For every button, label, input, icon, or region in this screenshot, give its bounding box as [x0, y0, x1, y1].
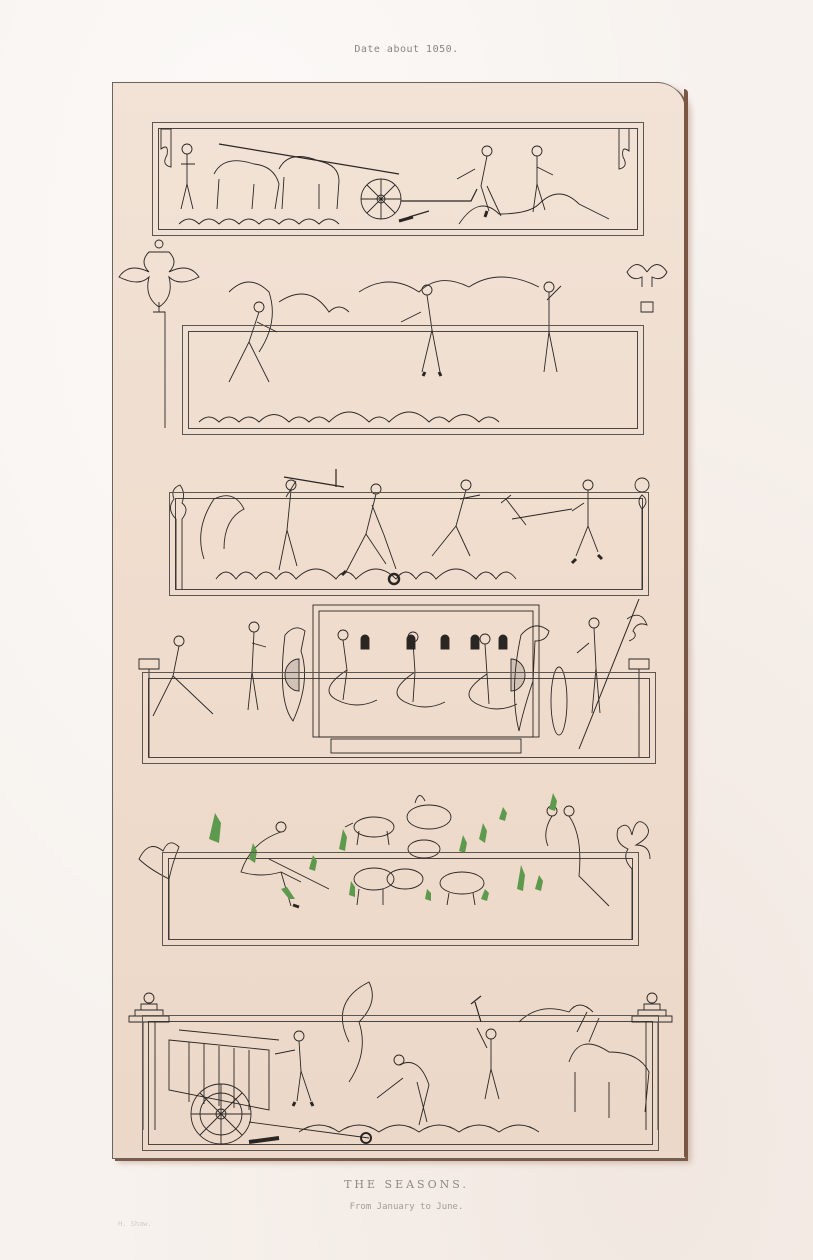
woodcutting-scene-illustration [149, 1022, 652, 1144]
pruning-scene-illustration [189, 332, 637, 428]
panel-april: Feasting [148, 678, 650, 758]
plate-title: THE SEASONS. [0, 1178, 813, 1191]
plate-edge-shadow [684, 89, 688, 1157]
shepherding-scene-illustration [169, 859, 632, 939]
green-foliage-group [209, 793, 557, 901]
plate-subtitle: From January to June. [0, 1202, 813, 1212]
panel-march: Digging, sowing and harrowing [175, 498, 643, 590]
panel-february: Pruning vines [188, 331, 638, 429]
panel-june: Cutting wood and carting [148, 1021, 653, 1145]
engraver-credit: H. Shaw. [118, 1220, 152, 1228]
digging-scene-illustration [176, 499, 642, 589]
ploughing-scene-illustration [159, 129, 637, 229]
feasting-scene-illustration [149, 679, 649, 757]
panel-january: Ploughing with oxen [158, 128, 638, 230]
date-note: Date about 1050. [0, 44, 813, 55]
engraved-plate: Ploughing with oxen Pruning vines [112, 82, 685, 1159]
panel-may: Tending sheep [168, 858, 633, 940]
